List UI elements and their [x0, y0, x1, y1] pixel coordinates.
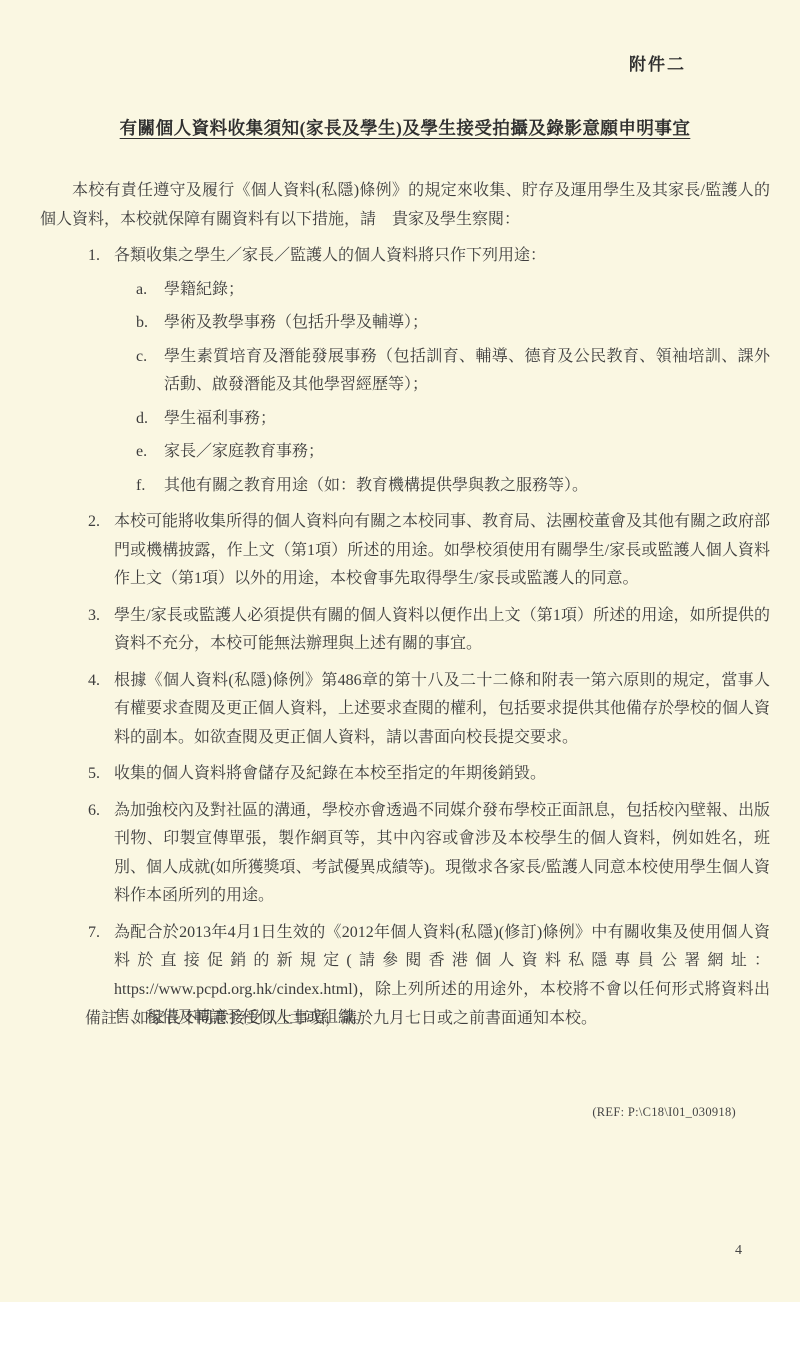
item-text: 為加強校內及對社區的溝通，學校亦會透過不同媒介發布學校正面訊息，包括校內壁報、出…: [114, 797, 770, 911]
list-item-5: 5. 收集的個人資料將會儲存及紀錄在本校至指定的年期後銷毀。: [88, 760, 770, 789]
sublist-item-e: e. 家長／家庭教育事務；: [136, 438, 770, 467]
sublist-item-f: f. 其他有關之教育用途（如：教育機構提供學與教之服務等）。: [136, 472, 770, 501]
list-item-4: 4. 根據《個人資料(私隱)條例》第486章的第十八及二十二條和附表一第六原則的…: [88, 667, 770, 753]
sub-text: 學術及教學事務（包括升學及輔導）；: [164, 309, 428, 338]
item-number: 1.: [88, 242, 114, 500]
item-body: 學生/家長或監護人必須提供有關的個人資料以便作出上文（第1項）所述的用途，如所提…: [114, 602, 770, 659]
list-item-1: 1. 各類收集之學生／家長／監護人的個人資料將只作下列用途： a. 學籍紀錄； …: [88, 242, 770, 500]
item-number: 4.: [88, 667, 114, 753]
item-text: 根據《個人資料(私隱)條例》第486章的第十八及二十二條和附表一第六原則的規定，…: [114, 667, 770, 753]
sublist-item-c: c. 學生素質培育及潛能發展事務（包括訓育、輔導、德育及公民教育、領袖培訓、課外…: [136, 343, 770, 400]
item-number: 6.: [88, 797, 114, 911]
sub-text: 家長／家庭教育事務；: [164, 438, 324, 467]
intro-paragraph: 本校有責任遵守及履行《個人資料(私隱)條例》的規定來收集、貯存及運用學生及其家長…: [40, 176, 770, 234]
sub-letter: d.: [136, 405, 164, 434]
item-number: 2.: [88, 508, 114, 594]
item-text: 本校可能將收集所得的個人資料向有關之本校同事、教育局、法團校董會及其他有關之政府…: [114, 508, 770, 594]
sublist-item-a: a. 學籍紀錄；: [136, 276, 770, 305]
list-item-2: 2. 本校可能將收集所得的個人資料向有關之本校同事、教育局、法團校董會及其他有關…: [88, 508, 770, 594]
appendix-label: 附件二: [40, 50, 770, 75]
list-item-6: 6. 為加強校內及對社區的溝通，學校亦會透過不同媒介發布學校正面訊息，包括校內壁…: [88, 797, 770, 911]
sub-text: 學籍紀錄；: [164, 276, 244, 305]
item-body: 為加強校內及對社區的溝通，學校亦會透過不同媒介發布學校正面訊息，包括校內壁報、出…: [114, 797, 770, 911]
item-body: 各類收集之學生／家長／監護人的個人資料將只作下列用途： a. 學籍紀錄； b. …: [114, 242, 770, 500]
sublist-item-d: d. 學生福利事務；: [136, 405, 770, 434]
remark-note: 備註：如家長不同意接受以上事項，請於九月七日或之前書面通知本校。: [85, 1005, 597, 1028]
item-body: 本校可能將收集所得的個人資料向有關之本校同事、教育局、法團校董會及其他有關之政府…: [114, 508, 770, 594]
sub-letter: f.: [136, 472, 164, 501]
item-number: 3.: [88, 602, 114, 659]
sub-letter: c.: [136, 343, 164, 400]
item-text: 學生/家長或監護人必須提供有關的個人資料以便作出上文（第1項）所述的用途，如所提…: [114, 602, 770, 659]
item-body: 根據《個人資料(私隱)條例》第486章的第十八及二十二條和附表一第六原則的規定，…: [114, 667, 770, 753]
list-item-3: 3. 學生/家長或監護人必須提供有關的個人資料以便作出上文（第1項）所述的用途，…: [88, 602, 770, 659]
item-number: 5.: [88, 760, 114, 789]
item-body: 收集的個人資料將會儲存及紀錄在本校至指定的年期後銷毀。: [114, 760, 770, 789]
sublist-item-b: b. 學術及教學事務（包括升學及輔導）；: [136, 309, 770, 338]
sub-text: 學生福利事務；: [164, 405, 276, 434]
item-text: 收集的個人資料將會儲存及紀錄在本校至指定的年期後銷毀。: [114, 760, 770, 789]
sub-text: 其他有關之教育用途（如：教育機構提供學與教之服務等）。: [164, 472, 588, 501]
sub-text: 學生素質培育及潛能發展事務（包括訓育、輔導、德育及公民教育、領袖培訓、課外活動、…: [164, 343, 770, 400]
page-number: 4: [735, 1243, 742, 1259]
reference-code: (REF: P:\C18\I01_030918): [592, 1105, 736, 1120]
item-text: 各類收集之學生／家長／監護人的個人資料將只作下列用途：: [114, 242, 770, 271]
sub-letter: e.: [136, 438, 164, 467]
page-title: 有關個人資料收集須知(家長及學生)及學生接受拍攝及錄影意願申明事宜: [40, 115, 770, 140]
lettered-sublist: a. 學籍紀錄； b. 學術及教學事務（包括升學及輔導）； c. 學生素質培育及…: [114, 276, 770, 501]
scanned-document-page: 附件二 有關個人資料收集須知(家長及學生)及學生接受拍攝及錄影意願申明事宜 本校…: [0, 0, 800, 1302]
sub-letter: a.: [136, 276, 164, 305]
numbered-list: 1. 各類收集之學生／家長／監護人的個人資料將只作下列用途： a. 學籍紀錄； …: [40, 242, 770, 1033]
sub-letter: b.: [136, 309, 164, 338]
